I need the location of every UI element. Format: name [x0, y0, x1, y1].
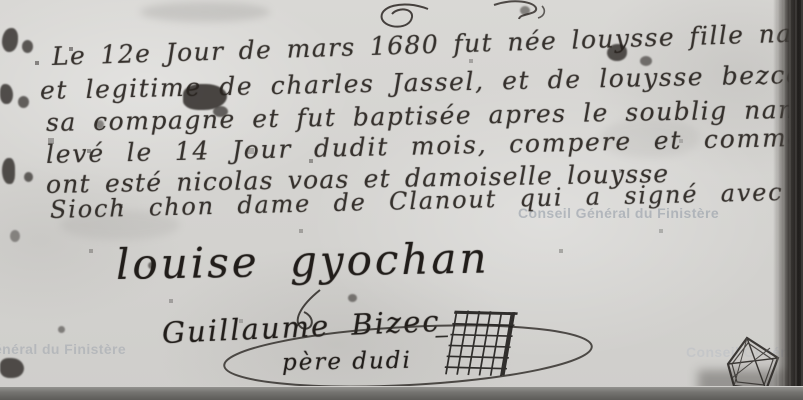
- ink-blot: [58, 326, 65, 333]
- ink-blot: [0, 84, 13, 104]
- ink-blot: [2, 28, 18, 52]
- pen-flourish: [376, 1, 430, 33]
- crosshatch-signature-mark: [432, 301, 525, 387]
- ink-blot: [2, 158, 15, 184]
- ink-smudge: [140, 2, 270, 22]
- ink-blot: [0, 358, 24, 378]
- ink-blot: [22, 40, 33, 53]
- book-binding-edge: [773, 0, 803, 400]
- ink-blot: [18, 96, 29, 108]
- ink-blot: [348, 294, 357, 302]
- signature-flourish-oval: [218, 322, 598, 390]
- paper-speckles: [0, 0, 2, 2]
- ink-blot: [24, 172, 33, 182]
- manuscript-scan-page: Conseil Général du Finistère Le 12e Jour…: [0, 0, 803, 400]
- ink-blot: [10, 230, 20, 242]
- signature-louise-gyochan: louise gyochan: [116, 233, 490, 289]
- page-bottom-edge: [0, 386, 803, 400]
- pen-flourish: [488, 0, 548, 24]
- archive-watermark: énéral du Finistère: [0, 341, 126, 357]
